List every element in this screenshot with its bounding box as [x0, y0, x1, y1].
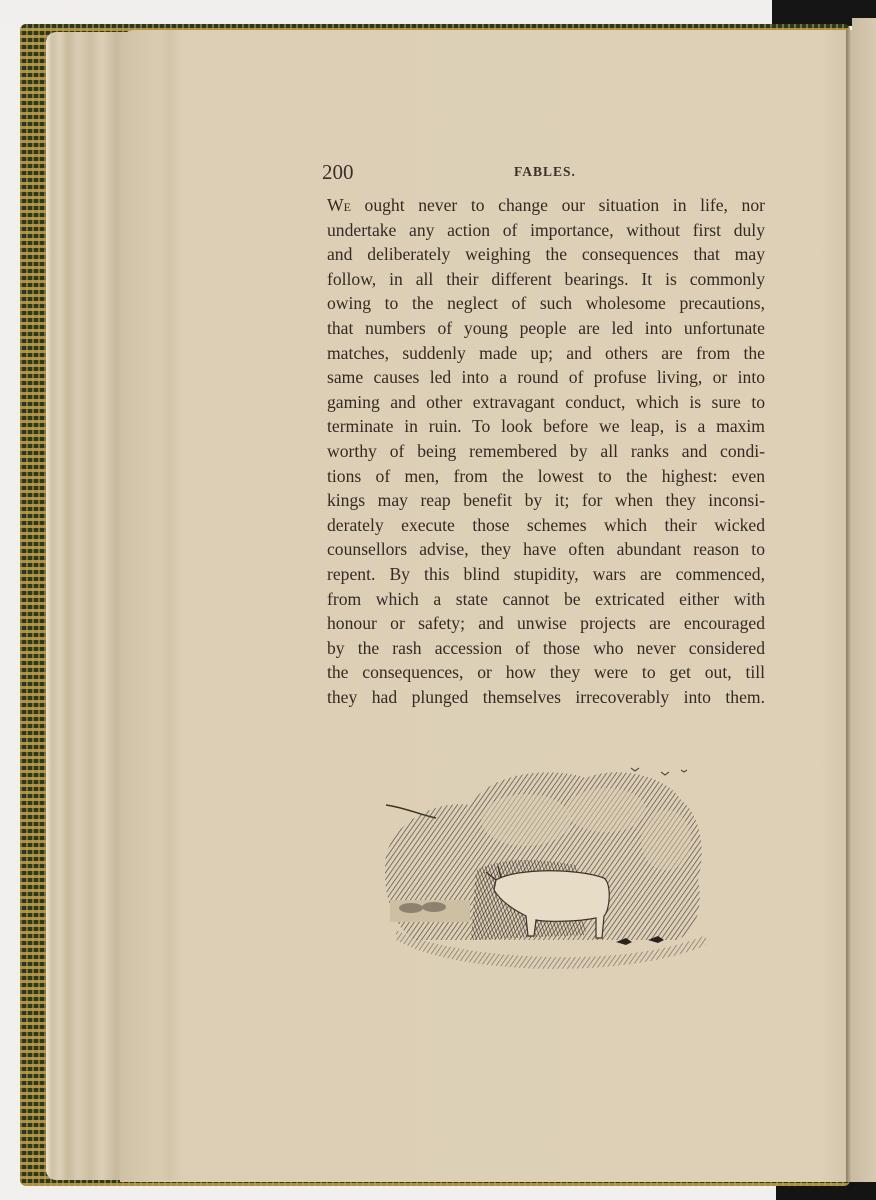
text-line: tions of men, from the lowest to the hig… [327, 464, 765, 489]
text-line: counsellors advise, they have often abun… [327, 537, 765, 562]
text-line: kings may reap benefit by it; for when t… [327, 488, 765, 513]
running-head: 200 FABLES. [322, 160, 768, 190]
dropcap-word: We [327, 195, 351, 215]
text-line: derately execute those schemes which the… [327, 513, 765, 538]
text-line: they had plunged themselves irrecoverabl… [327, 685, 765, 710]
text-line: the consequences, or how they were to ge… [327, 660, 765, 685]
text-line: honour or safety; and unwise projects ar… [327, 611, 765, 636]
text-line: matches, suddenly made up; and others ar… [327, 341, 765, 366]
text-line: terminate in ruin. To look before we lea… [327, 414, 765, 439]
running-title: FABLES. [322, 164, 768, 180]
opposite-page-edge [852, 18, 876, 1182]
text-line: from which a state cannot be extricated … [327, 587, 765, 612]
text-line: that numbers of young people are led int… [327, 316, 765, 341]
body-text: We ought never to change our situation i… [327, 193, 765, 709]
text-line: undertake any action of importance, with… [327, 218, 765, 243]
text-line: and deliberately weighing the consequenc… [327, 242, 765, 267]
text-line: gaming and other extravagant conduct, wh… [327, 390, 765, 415]
text-line: owing to the neglect of such wholesome p… [327, 291, 765, 316]
text-line: follow, in all their different bearings.… [327, 267, 765, 292]
text-line: same causes led into a round of profuse … [327, 365, 765, 390]
text-line: We ought never to change our situation i… [327, 193, 765, 218]
text-line: by the rash accession of those who never… [327, 636, 765, 661]
woodcut-vignette-icon [376, 760, 712, 982]
text-line: repent. By this blind stupidity, wars ar… [327, 562, 765, 587]
text-line: worthy of being remembered by all ranks … [327, 439, 765, 464]
page-water-stain [160, 30, 184, 1180]
backdrop [0, 0, 876, 26]
